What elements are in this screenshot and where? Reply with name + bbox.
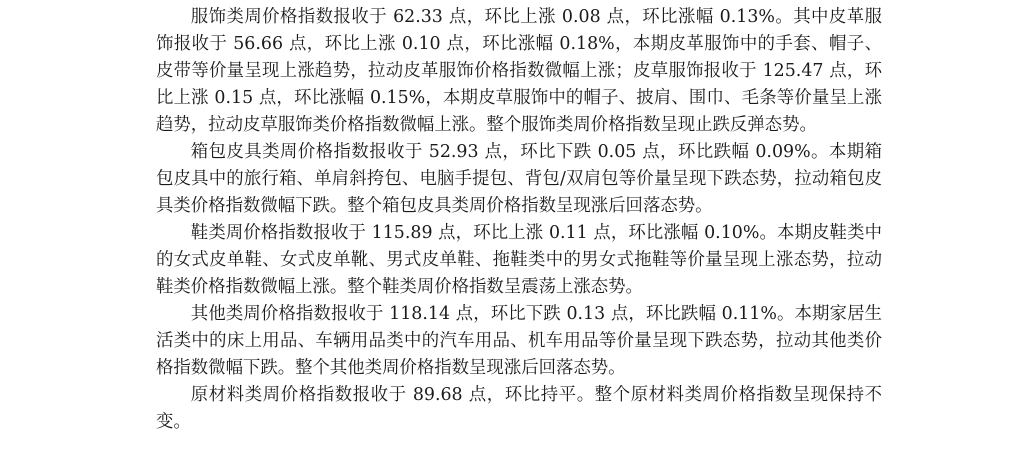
paragraph-footwear: 鞋类周价格指数报收于 115.89 点，环比上涨 0.11 点，环比涨幅 0.1… <box>156 220 882 301</box>
paragraph-apparel: 服饰类周价格指数报收于 62.33 点，环比上涨 0.08 点，环比涨幅 0.1… <box>156 4 882 139</box>
paragraph-raw-materials: 原材料类周价格指数报收于 89.68 点，环比持平。整个原材料类周价格指数呈现保… <box>156 382 882 436</box>
paragraph-luggage-leather-goods: 箱包皮具类周价格指数报收于 52.93 点，环比下跌 0.05 点，环比跌幅 0… <box>156 139 882 220</box>
paragraph-others: 其他类周价格指数报收于 118.14 点，环比下跌 0.13 点，环比跌幅 0.… <box>156 301 882 382</box>
document-body: 服饰类周价格指数报收于 62.33 点，环比上涨 0.08 点，环比涨幅 0.1… <box>156 4 882 436</box>
